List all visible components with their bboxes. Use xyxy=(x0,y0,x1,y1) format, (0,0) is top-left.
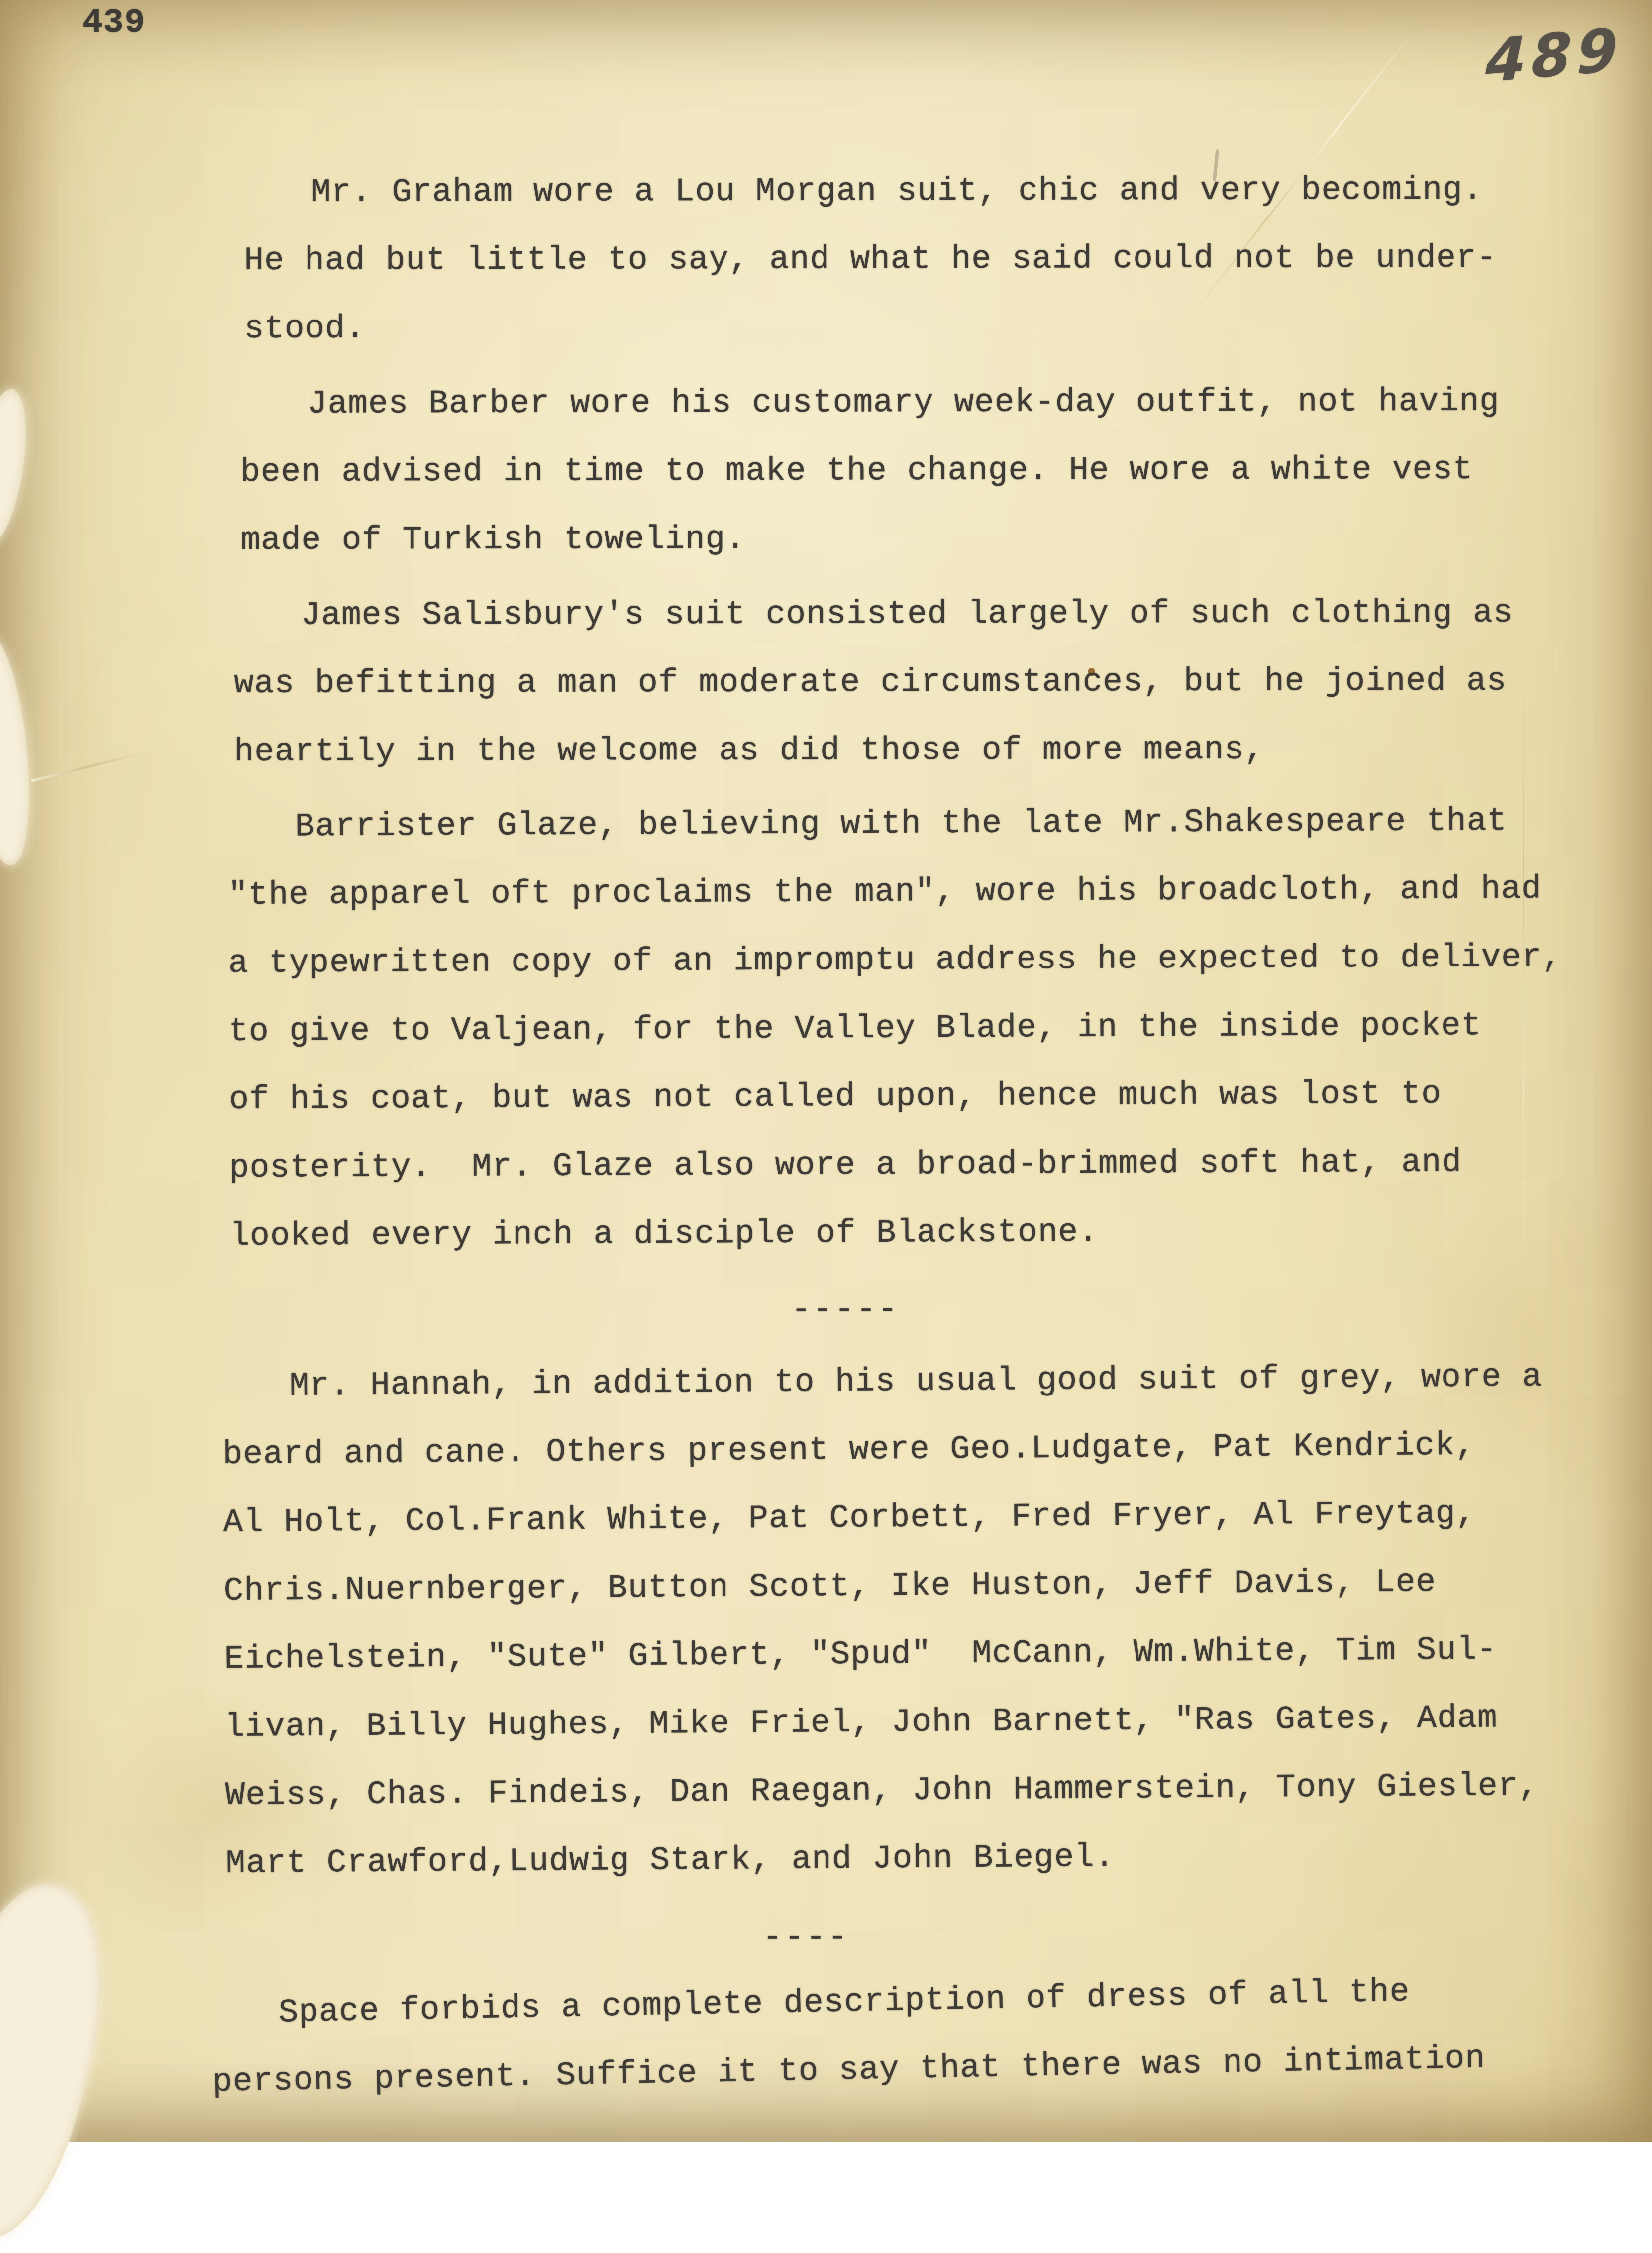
torn-edge-chip xyxy=(0,386,35,550)
paragraph-barber: James Barber wore his customary week-day… xyxy=(240,367,1618,574)
paragraph-glaze: Barrister Glaze, believing with the late… xyxy=(227,786,1620,1270)
typed-line: made of Turkish toweling. xyxy=(240,503,1618,574)
paragraph-hannah-guests: Mr. Hannah, in addition to his usual goo… xyxy=(222,1342,1622,1898)
typed-line: beard and cane. Others present were Geo.… xyxy=(222,1410,1619,1489)
typed-line: Chris.Nuernberger, Button Scott, Ike Hus… xyxy=(223,1547,1620,1625)
typed-line: Barrister Glaze, believing with the late… xyxy=(227,786,1618,861)
typed-line: Mr. Graham wore a Lou Morgan suit, chic … xyxy=(244,155,1617,226)
page-number-typed: 439 xyxy=(82,4,146,42)
typed-line: Al Holt, Col.Frank White, Pat Corbett, F… xyxy=(223,1479,1620,1557)
typed-line: of his coat, but was not called upon, he… xyxy=(229,1059,1620,1134)
scanned-page: 439 489 Mr. Graham wore a Lou Morgan sui… xyxy=(0,0,1652,2142)
typed-line: James Barber wore his customary week-day… xyxy=(240,367,1618,438)
typed-line: looked every inch a disciple of Blacksto… xyxy=(229,1195,1620,1270)
typed-line: a typewritten copy of an impromptu addre… xyxy=(228,923,1619,997)
typed-line: heartily in the welcome as did those of … xyxy=(234,715,1618,786)
typed-line: "the apparel oft proclaims the man", wor… xyxy=(228,855,1619,929)
typed-line: stood. xyxy=(244,292,1618,363)
section-separator: ----- xyxy=(246,1274,1620,1345)
typed-line: James Salisbury's suit consisted largely… xyxy=(234,578,1618,649)
page-number-handwritten: 489 xyxy=(1485,15,1623,96)
typed-line: Mart Crawford,Ludwig Stark, and John Bie… xyxy=(225,1820,1622,1898)
paper-crease xyxy=(31,753,138,782)
typed-line: livan, Billy Hughes, Mike Friel, John Ba… xyxy=(224,1683,1621,1762)
typed-line: was befitting a man of moderate circumst… xyxy=(234,646,1618,718)
typed-text-block: Mr. Graham wore a Lou Morgan suit, chic … xyxy=(244,155,1621,2123)
torn-edge-chip xyxy=(0,630,39,868)
paragraph-space-forbids: Space forbids a complete description of … xyxy=(210,1953,1622,2116)
typed-line: posterity. Mr. Glaze also wore a broad-b… xyxy=(229,1127,1620,1202)
typed-line: Eichelstein, "Sute" Gilbert, "Spud" McCa… xyxy=(224,1615,1621,1694)
paragraph-salisbury: James Salisbury's suit consisted largely… xyxy=(234,578,1619,786)
typed-line: been advised in time to make the change.… xyxy=(240,435,1618,506)
typed-line: to give to Valjean, for the Valley Blade… xyxy=(228,991,1619,1066)
paragraph-graham: Mr. Graham wore a Lou Morgan suit, chic … xyxy=(244,155,1618,363)
typed-line: Weiss, Chas. Findeis, Dan Raegan, John H… xyxy=(225,1751,1622,1830)
typed-line: Mr. Hannah, in addition to his usual goo… xyxy=(222,1342,1619,1421)
typed-line: He had but little to say, and what he sa… xyxy=(244,223,1617,295)
